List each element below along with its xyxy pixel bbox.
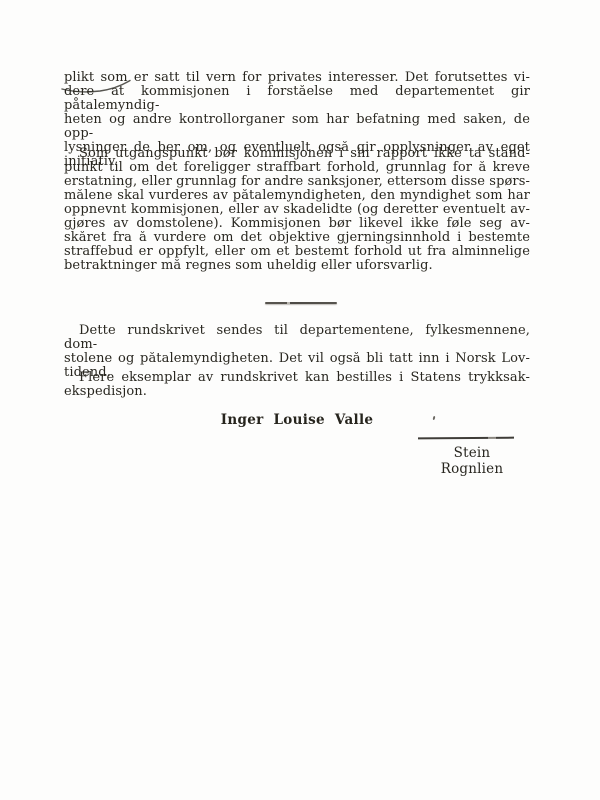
- text-line: gjøres av domstolene). Kommisjonen bør l…: [64, 217, 530, 231]
- text-line: plikt som er satt til vern for privates …: [64, 71, 530, 85]
- signature-name-left: Inger Louise Valle: [64, 412, 530, 428]
- text-line: straffebud er oppfylt, eller om et beste…: [64, 245, 530, 259]
- text-line: Dette rundskrivet sendes til departement…: [64, 324, 530, 352]
- text-line: skåret fra å vurdere om det objektive gj…: [64, 231, 530, 245]
- signature-name-right: Stein Rognlien: [419, 445, 525, 477]
- text-line: punkt til om det foreligger straffbart f…: [64, 161, 530, 175]
- text-line: målene skal vurderes av påtalemyndighete…: [64, 189, 530, 203]
- signature-rule: [418, 437, 514, 440]
- paragraph-standpunkt: Som utgangspunkt bør kommisjonen i sin r…: [64, 147, 530, 273]
- text-line: dere at kommisjonen i forståelse med dep…: [64, 85, 530, 113]
- scanned-document-page: plikt som er satt til vern for privates …: [0, 0, 600, 800]
- section-divider-rule: [265, 302, 337, 304]
- text-line: oppnevnt kommisjonen, eller av skadelidt…: [64, 203, 530, 217]
- text-line: heten og andre kontrollorganer som har b…: [64, 113, 530, 141]
- text-line: Som utgangspunkt bør kommisjonen i sin r…: [64, 147, 530, 161]
- text-line: ekspedisjon.: [64, 385, 530, 399]
- text-line: stolene og påtalemyndigheten. Det vil og…: [64, 352, 530, 366]
- text-line: erstatning, eller grunnlag for andre san…: [64, 175, 530, 189]
- text-line: Flere eksemplar av rundskrivet kan besti…: [64, 371, 530, 385]
- paragraph-ordering-copies: Flere eksemplar av rundskrivet kan besti…: [64, 371, 530, 399]
- text-line: betraktninger må regnes som uheldig elle…: [64, 259, 530, 273]
